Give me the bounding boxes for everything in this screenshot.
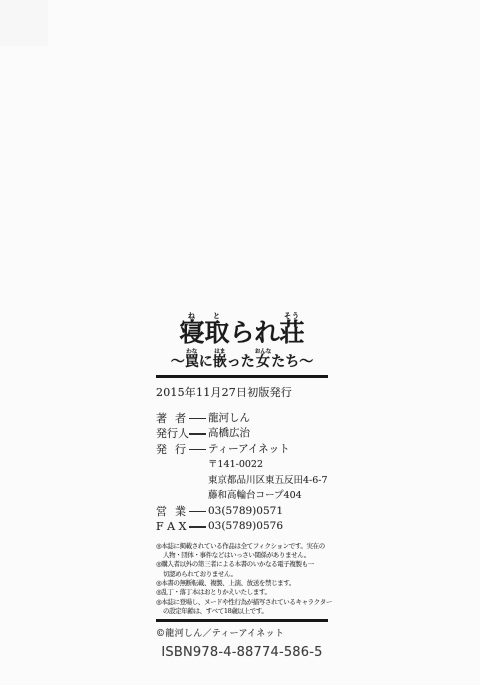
title-ruby-base: られ (230, 318, 280, 347)
separator-rule-top (156, 375, 328, 378)
title-ruby-base: 寝 (179, 318, 204, 347)
leader-line (189, 526, 206, 527)
subtitle-ruby-furigana: わな (185, 349, 199, 355)
subtitle-ruby-segment: った (227, 354, 255, 370)
subtitle-ruby-segment: 女おんな (255, 354, 272, 370)
address-line: 〒141-0022 (208, 457, 328, 473)
isbn-number: ISBN978-4-88774-586-5 (156, 645, 328, 660)
book-subtitle: ～罠わなに嵌はまった女おんなたち～ (156, 349, 328, 370)
publisher-row-label: 発行人 (156, 426, 186, 442)
publisher-row-value: 高橋広治 (208, 426, 250, 442)
note-line: ◎乱丁・落丁本はおとりかえいたします。 (156, 588, 328, 597)
copyright-line: ©龍河しん／ティーアイネット (156, 626, 328, 639)
leader-line (189, 511, 206, 512)
title-ruby-furigana: そう (280, 311, 305, 320)
colophon-block: 寝ね取とられ荘そう ～罠わなに嵌はまった女おんなたち～ 2015年11月27日初… (156, 311, 328, 660)
note-line: ◎本誌に登場し、ヌードや性行為が描写されているキャラクター (156, 598, 328, 607)
subtitle-ruby-base: たち～ (271, 354, 313, 370)
subtitle-ruby-furigana: おんな (255, 349, 272, 355)
publisher-row: 著 者龍河しん (156, 411, 328, 427)
leader-line (189, 449, 206, 450)
scan-artifact-corner (0, 0, 48, 46)
note-line: ◎本書の無断転載、複製、上演、放送を禁じます。 (156, 579, 328, 588)
title-ruby-furigana: ね (179, 311, 204, 320)
address-line: 東京都品川区東五反田4-6-7 (208, 473, 328, 489)
subtitle-ruby-segment: 嵌はま (213, 354, 227, 370)
notes-list: ◎本誌に掲載されている作品は全てフィクションです。実在の人物・団体・事件などはい… (156, 542, 328, 616)
note-line: 切認められておりません。 (156, 570, 328, 579)
title-ruby-segment: 荘そう (280, 318, 305, 347)
subtitle-ruby-segment: 罠わな (185, 354, 199, 370)
title-ruby-base: 取 (204, 318, 229, 347)
title-ruby-base: 荘 (280, 318, 305, 347)
edition-date: 2015年11月27日初版発行 (156, 384, 328, 400)
title-ruby-segment: 寝ね (179, 318, 204, 347)
subtitle-ruby-segment: に (199, 354, 213, 370)
title-ruby-segment: られ (230, 318, 280, 347)
contact-row: 営 業03(5789)0571 (156, 504, 328, 520)
title-ruby-segment: 取と (204, 318, 229, 347)
contact-row-value: 03(5789)0571 (208, 504, 283, 520)
subtitle-ruby-segment: たち～ (271, 354, 313, 370)
publisher-row-value: 龍河しん (208, 411, 250, 427)
address-block: 〒141-0022東京都品川区東五反田4-6-7藤和高輪台コープ404 (156, 457, 328, 504)
contact-row-label: 営 業 (156, 504, 186, 520)
subtitle-ruby-base: に (199, 354, 213, 370)
leader-line (189, 418, 206, 419)
publisher-rows: 著 者龍河しん発行人高橋広治発 行ティーアイネット (156, 411, 328, 458)
scanned-colophon-page: { "page": { "bg_color": "#fbfbfb", "ink_… (0, 0, 480, 685)
note-line: ◎本誌に掲載されている作品は全てフィクションです。実在の (156, 542, 328, 551)
publisher-row-value: ティーアイネット (208, 442, 290, 458)
publisher-row-label: 発 行 (156, 442, 186, 458)
note-line: ◎購入者以外の第三者による本書のいかなる電子複製も一 (156, 560, 328, 569)
note-line: の設定年齢は、すべて18歳以上です。 (156, 607, 328, 616)
contact-row-value: 03(5789)0576 (208, 519, 283, 535)
contact-row: F A X03(5789)0576 (156, 519, 328, 535)
publisher-row: 発行人高橋広治 (156, 426, 328, 442)
subtitle-ruby-base: った (227, 354, 255, 370)
subtitle-ruby-base: 罠 (185, 354, 199, 370)
contact-row-label: F A X (156, 519, 186, 535)
book-title: 寝ね取とられ荘そう (156, 311, 328, 347)
subtitle-ruby-base: 嵌 (213, 354, 227, 370)
title-ruby-furigana: と (204, 311, 229, 320)
subtitle-ruby-base: 女 (255, 354, 272, 370)
address-line: 藤和高輪台コープ404 (208, 488, 328, 504)
publisher-row-label: 著 者 (156, 411, 186, 427)
contact-rows: 営 業03(5789)0571F A X03(5789)0576 (156, 504, 328, 535)
subtitle-ruby-segment: ～ (171, 354, 185, 370)
publisher-row: 発 行ティーアイネット (156, 442, 328, 458)
subtitle-ruby-base: ～ (171, 354, 185, 370)
leader-line (189, 433, 206, 434)
subtitle-ruby-furigana: はま (213, 349, 227, 355)
separator-rule-bottom (156, 619, 328, 622)
